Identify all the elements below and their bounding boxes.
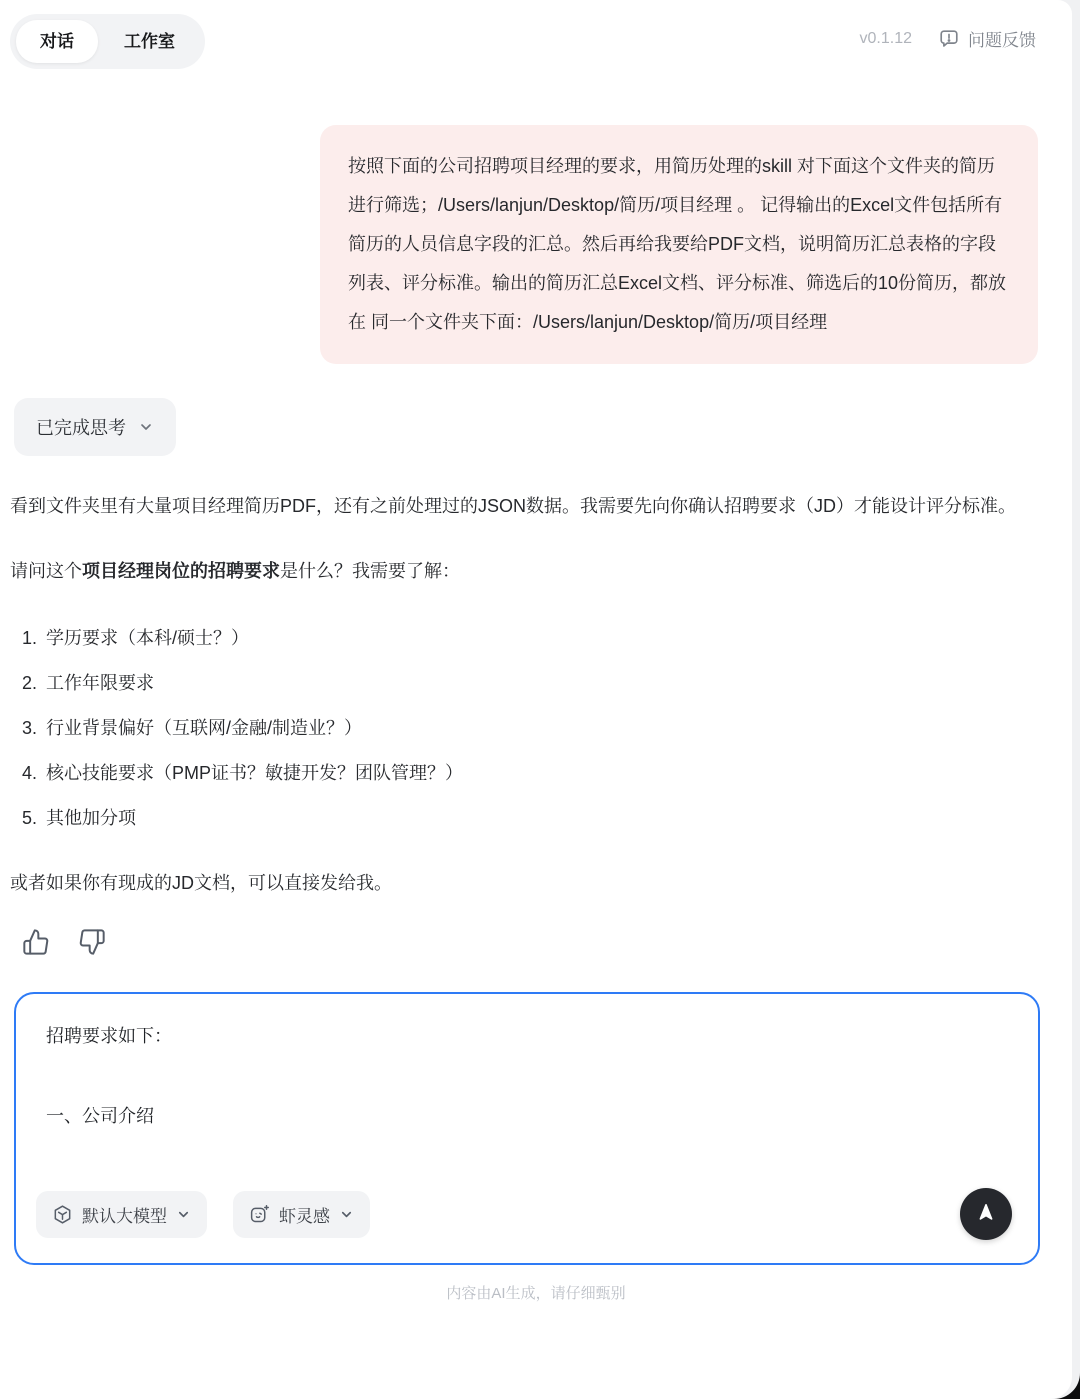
top-bar-right: v0.1.12 问题反馈 — [860, 26, 1036, 51]
user-message-bubble: 按照下面的公司招聘项目经理的要求，用简历处理的skill 对下面这个文件夹的简历… — [320, 125, 1038, 364]
inspiration-selector[interactable]: 虾灵感 — [233, 1191, 370, 1238]
model-cube-icon — [52, 1204, 73, 1225]
message-reactions — [22, 928, 1062, 956]
list-item: 1. 学历要求（本科/硕士？） — [10, 616, 1062, 661]
paragraph2-prefix: 请问这个 — [10, 561, 82, 581]
feedback-bubble-icon — [938, 28, 960, 50]
chat-panel: 对话 工作室 v0.1.12 问题反馈 — [0, 0, 1072, 1399]
list-item: 5. 其他加分项 — [10, 796, 1062, 841]
tab-studio[interactable]: 工作室 — [100, 20, 199, 63]
paragraph2-bold: 项目经理岗位的招聘要求 — [82, 561, 280, 581]
list-item: 2. 工作年限要求 — [10, 661, 1062, 706]
thinking-toggle[interactable]: 已完成思考 — [14, 398, 176, 456]
list-item-number: 1. — [22, 616, 37, 661]
thumbs-up-button[interactable] — [22, 928, 50, 956]
list-item-number: 4. — [22, 751, 37, 796]
assistant-paragraph-1: 看到文件夹里有大量项目经理简历PDF，还有之前处理过的JSON数据。我需要先向你… — [10, 486, 1062, 526]
view-switcher: 对话 工作室 — [10, 14, 205, 69]
send-button[interactable] — [960, 1188, 1012, 1240]
feedback-label: 问题反馈 — [968, 26, 1036, 51]
feedback-button[interactable]: 问题反馈 — [938, 26, 1036, 51]
thumbs-down-button[interactable] — [78, 928, 106, 956]
paragraph2-suffix: 是什么？我需要了解： — [280, 561, 460, 581]
assistant-paragraph-2: 请问这个项目经理岗位的招聘要求是什么？我需要了解： — [10, 551, 1062, 591]
list-item-number: 2. — [22, 661, 37, 706]
list-item-number: 3. — [22, 706, 37, 751]
message-input[interactable]: 招聘要求如下： 一、公司介绍 — [16, 994, 1038, 1136]
chevron-down-icon — [176, 1207, 191, 1222]
chat-thread: 按照下面的公司招聘项目经理的要求，用简历处理的skill 对下面这个文件夹的简历… — [0, 125, 1072, 956]
list-item: 4. 核心技能要求（PMP证书？敏捷开发？团队管理？） — [10, 751, 1062, 796]
composer-options: 默认大模型 — [36, 1191, 370, 1238]
assistant-message: 看到文件夹里有大量项目经理简历PDF，还有之前处理过的JSON数据。我需要先向你… — [10, 486, 1062, 903]
app-window: 对话 工作室 v0.1.12 问题反馈 — [0, 0, 1080, 1399]
user-message-row: 按照下面的公司招聘项目经理的要求，用简历处理的skill 对下面这个文件夹的简历… — [10, 125, 1062, 364]
top-bar: 对话 工作室 v0.1.12 问题反馈 — [0, 0, 1072, 69]
model-selector-label: 默认大模型 — [82, 1202, 167, 1227]
list-item-text: 其他加分项 — [46, 796, 136, 841]
model-selector[interactable]: 默认大模型 — [36, 1191, 207, 1238]
list-item-text: 工作年限要求 — [46, 661, 154, 706]
assistant-closing: 或者如果你有现成的JD文档，可以直接发给我。 — [10, 863, 1062, 903]
send-arrow-icon — [973, 1201, 999, 1227]
app-version: v0.1.12 — [860, 30, 912, 48]
list-item-text: 行业背景偏好（互联网/金融/制造业？） — [46, 706, 362, 751]
list-item-number: 5. — [22, 796, 37, 841]
page-footer: 内容由AI生成，请仔细甄别 — [0, 1282, 1072, 1303]
inspiration-selector-label: 虾灵感 — [279, 1202, 330, 1227]
list-item-text: 核心技能要求（PMP证书？敏捷开发？团队管理？） — [46, 751, 463, 796]
chevron-down-icon — [138, 419, 154, 435]
tab-dialog[interactable]: 对话 — [16, 20, 98, 63]
thumbs-up-icon — [22, 928, 50, 956]
requirements-list: 1. 学历要求（本科/硕士？） 2. 工作年限要求 3. 行业背景偏好（互联网/… — [10, 616, 1062, 841]
ai-disclaimer: 内容由AI生成，请仔细甄别 — [0, 1282, 1072, 1303]
composer-toolbar: 默认大模型 — [36, 1188, 1012, 1240]
thumbs-down-icon — [78, 928, 106, 956]
message-composer[interactable]: 招聘要求如下： 一、公司介绍 默认大模型 — [14, 992, 1040, 1265]
inspiration-smiley-icon — [249, 1204, 270, 1225]
list-item: 3. 行业背景偏好（互联网/金融/制造业？） — [10, 706, 1062, 751]
thinking-label: 已完成思考 — [36, 414, 126, 440]
chevron-down-icon — [339, 1207, 354, 1222]
list-item-text: 学历要求（本科/硕士？） — [46, 616, 249, 661]
